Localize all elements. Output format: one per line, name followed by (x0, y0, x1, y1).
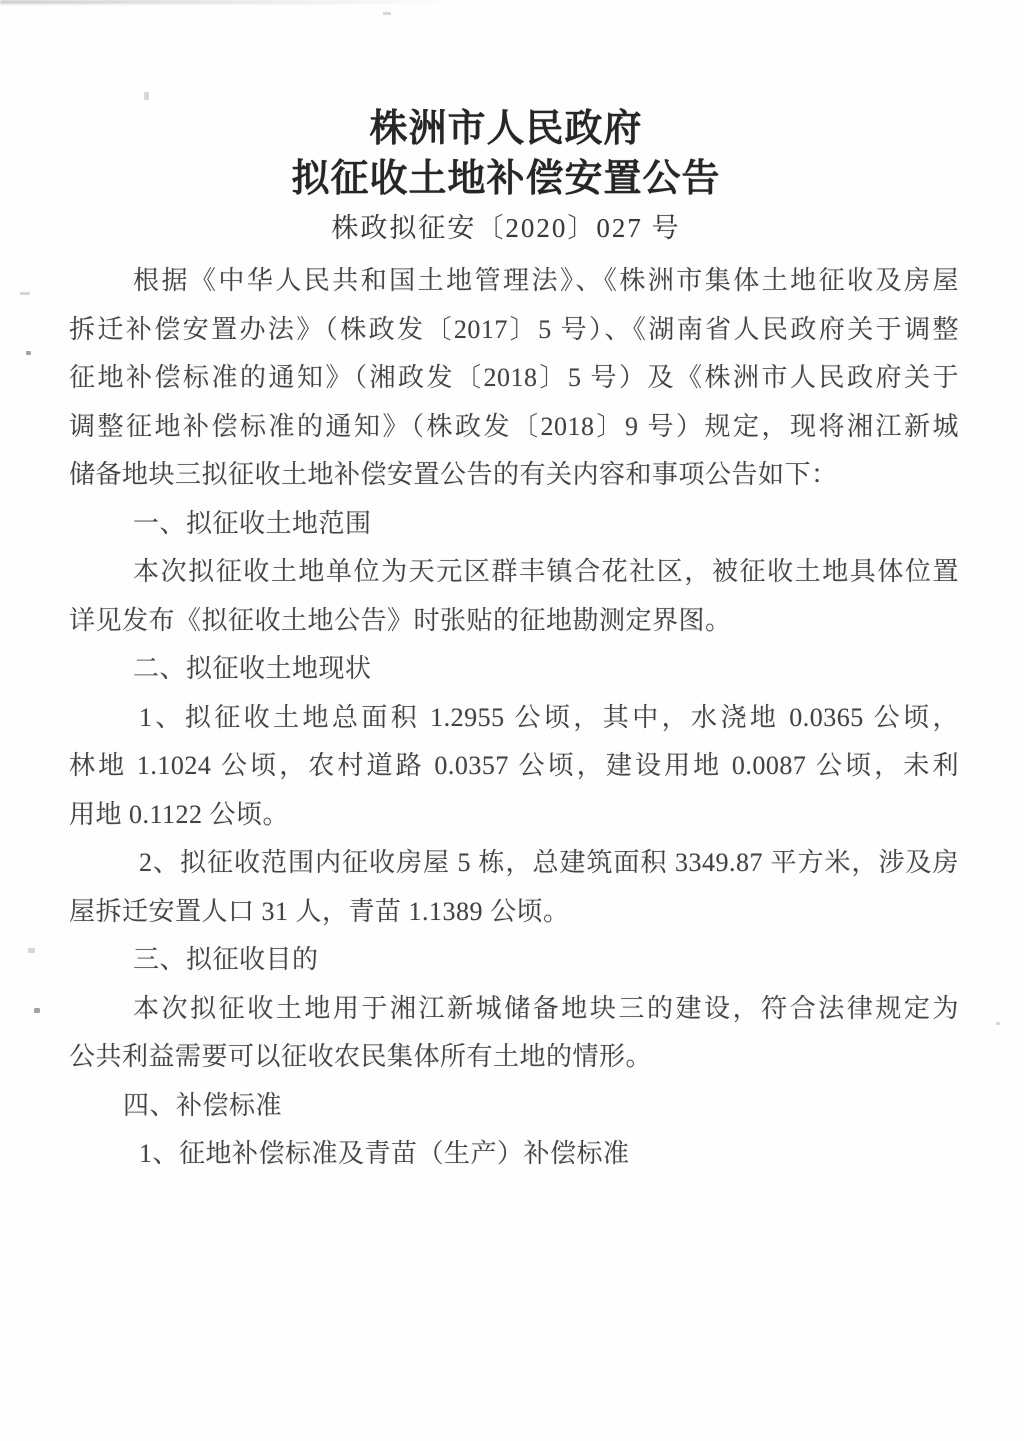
section4-item-1: 1、征地补偿标准及青苗（生产）补偿标准 (69, 1130, 959, 1179)
section2-item2-line-1: 2、拟征收范围内征收房屋 5 栋，总建筑面积 3349.87 平方米，涉及房 (69, 839, 959, 888)
section2-item1-line-2: 林地 1.1024 公顷，农村道路 0.0357 公顷，建设用地 0.0087 … (69, 742, 959, 791)
section2-item2-line-2: 屋拆迁安置人口 31 人，青苗 1.1389 公顷。 (69, 888, 959, 937)
scan-artifact-top-streak (0, 0, 460, 4)
section1-line-2: 详见发布《拟征收土地公告》时张贴的征地勘测定界图。 (69, 597, 959, 646)
section2-item1-line-1: 1、拟征收土地总面积 1.2955 公顷，其中，水浇地 0.0365 公顷， (69, 694, 959, 743)
title-line-1: 株洲市人民政府 (0, 104, 1012, 154)
scan-speck (26, 351, 31, 355)
scan-speck (996, 1022, 1000, 1025)
title-line-2: 拟征收土地补偿安置公告 (0, 154, 1012, 204)
section2-item1-line-3: 用地 0.1122 公顷。 (69, 791, 959, 840)
section-heading-1: 一、拟征收土地范围 (69, 500, 959, 549)
document-number: 株政拟征安〔2020〕027 号 (0, 211, 1012, 245)
section-heading-2: 二、拟征收土地现状 (69, 645, 959, 694)
intro-line-2: 拆迁补偿安置办法》（株政发〔2017〕5 号）、《湖南省人民政府关于调整 (69, 306, 959, 355)
scan-speck (34, 1008, 40, 1013)
intro-line-1: 根据《中华人民共和国土地管理法》、《株洲市集体土地征收及房屋 (69, 257, 959, 306)
scan-speck (144, 92, 149, 100)
section-heading-4: 四、补偿标准 (69, 1082, 959, 1131)
intro-line-3: 征地补偿标准的通知》（湘政发〔2018〕5 号）及《株洲市人民政府关于 (69, 354, 959, 403)
section-heading-3: 三、拟征收目的 (69, 936, 959, 985)
document-title: 株洲市人民政府 拟征收土地补偿安置公告 (0, 104, 1012, 204)
scan-speck (20, 292, 30, 295)
section3-line-1: 本次拟征收土地用于湘江新城储备地块三的建设，符合法律规定为 (69, 985, 959, 1034)
scan-speck (28, 948, 35, 953)
section3-line-2: 公共利益需要可以征收农民集体所有土地的情形。 (69, 1033, 959, 1082)
intro-line-5: 储备地块三拟征收土地补偿安置公告的有关内容和事项公告如下： (69, 451, 959, 500)
scanned-document-page: 株洲市人民政府 拟征收土地补偿安置公告 株政拟征安〔2020〕027 号 根据《… (0, 0, 1024, 1441)
section1-line-1: 本次拟征收土地单位为天元区群丰镇合花社区，被征收土地具体位置 (69, 548, 959, 597)
intro-line-4: 调整征地补偿标准的通知》（株政发〔2018〕9 号）规定，现将湘江新城 (69, 403, 959, 452)
scan-speck (383, 12, 391, 15)
body-lines: 根据《中华人民共和国土地管理法》、《株洲市集体土地征收及房屋拆迁补偿安置办法》（… (69, 257, 959, 1179)
